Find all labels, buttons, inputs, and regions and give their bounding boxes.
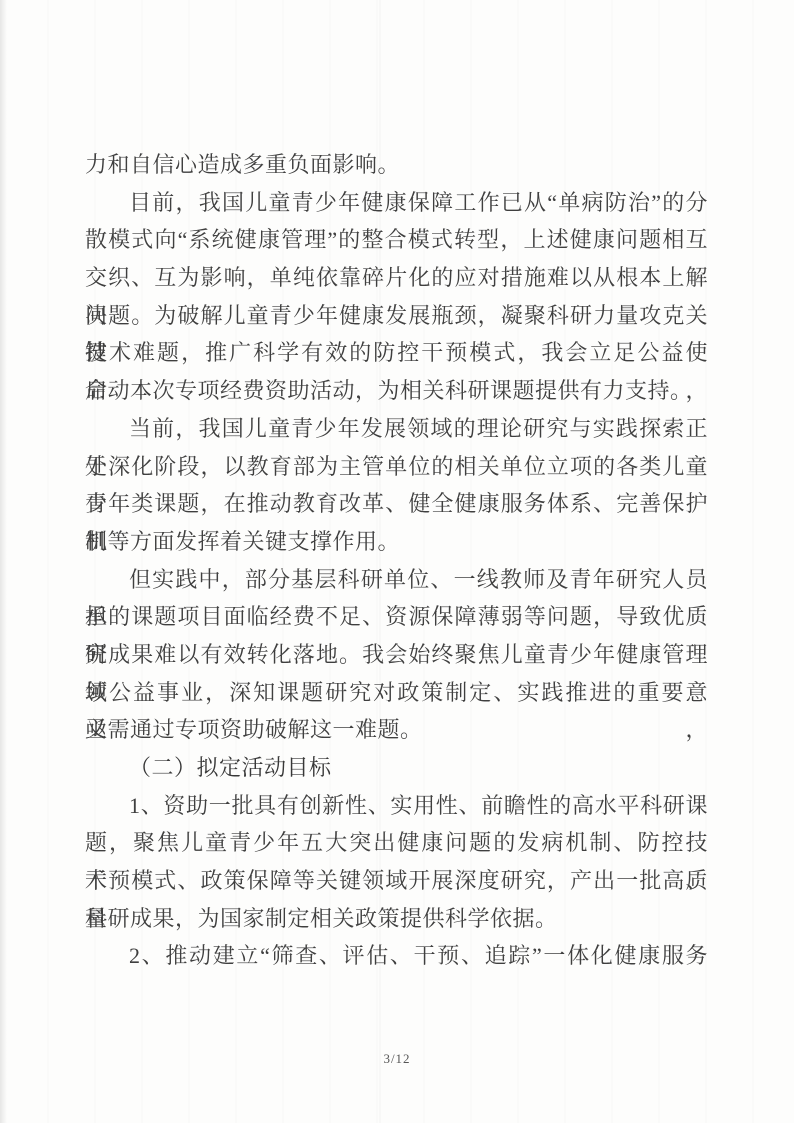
text-line: 少年类课题，在推动教育改革、健全健康服务体系、完善保护机: [85, 485, 708, 523]
text-line: 域公益事业，深知课题研究对政策制定、实践推进的重要意义，: [85, 674, 708, 712]
text-line: 技术难题，推广科学有效的防控干预模式，我会立足公益使命，: [85, 334, 708, 372]
text-line: 1、资助一批具有创新性、实用性、前瞻性的高水平科研课: [85, 787, 708, 825]
text-line: 启动本次专项经费资助活动，为相关科研课题提供有力支持。: [85, 372, 708, 410]
text-line: 交织、互为影响，单纯依靠碎片化的应对措施难以从根本上解决: [85, 259, 708, 297]
document-page: 力和自信心造成多重负面影响。 目前，我国儿童青少年健康保障工作已从“单病防治”的…: [0, 0, 794, 1123]
page-footer: 3/12: [0, 1050, 794, 1068]
text-line: 当前，我国儿童青少年发展领域的理论研究与实践探索正处: [85, 410, 708, 448]
text-line: 干预模式、政策保障等关键领域开展深度研究，产出一批高质量: [85, 862, 708, 900]
document-body: 力和自信心造成多重负面影响。 目前，我国儿童青少年健康保障工作已从“单病防治”的…: [85, 146, 708, 975]
text-line: 力和自信心造成多重负面影响。: [85, 146, 708, 184]
text-line: 2、推动建立“筛查、评估、干预、追踪”一体化健康服务: [85, 937, 708, 975]
text-line: 散模式向“系统健康管理”的整合模式转型，上述健康问题相互: [85, 221, 708, 259]
text-line: 目前，我国儿童青少年健康保障工作已从“单病防治”的分: [85, 184, 708, 222]
text-line: 制等方面发挥着关键支撑作用。: [85, 523, 708, 561]
text-line: 担的课题项目面临经费不足、资源保障薄弱等问题，导致优质研: [85, 598, 708, 636]
page-number: 3/12: [383, 1051, 410, 1066]
section-heading: （二）拟定活动目标: [85, 749, 708, 787]
text-line: 究成果难以有效转化落地。我会始终聚焦儿童青少年健康管理领: [85, 636, 708, 674]
text-line: 科研成果，为国家制定相关政策提供科学依据。: [85, 900, 708, 938]
text-line: 题，聚焦儿童青少年五大突出健康问题的发病机制、防控技术、: [85, 824, 708, 862]
text-line: 问题。为破解儿童青少年健康发展瓶颈，凝聚科研力量攻克关键: [85, 297, 708, 335]
text-line: 但实践中，部分基层科研单位、一线教师及青年研究人员承: [85, 561, 708, 599]
text-line: 于深化阶段，以教育部为主管单位的相关单位立项的各类儿童青: [85, 448, 708, 486]
